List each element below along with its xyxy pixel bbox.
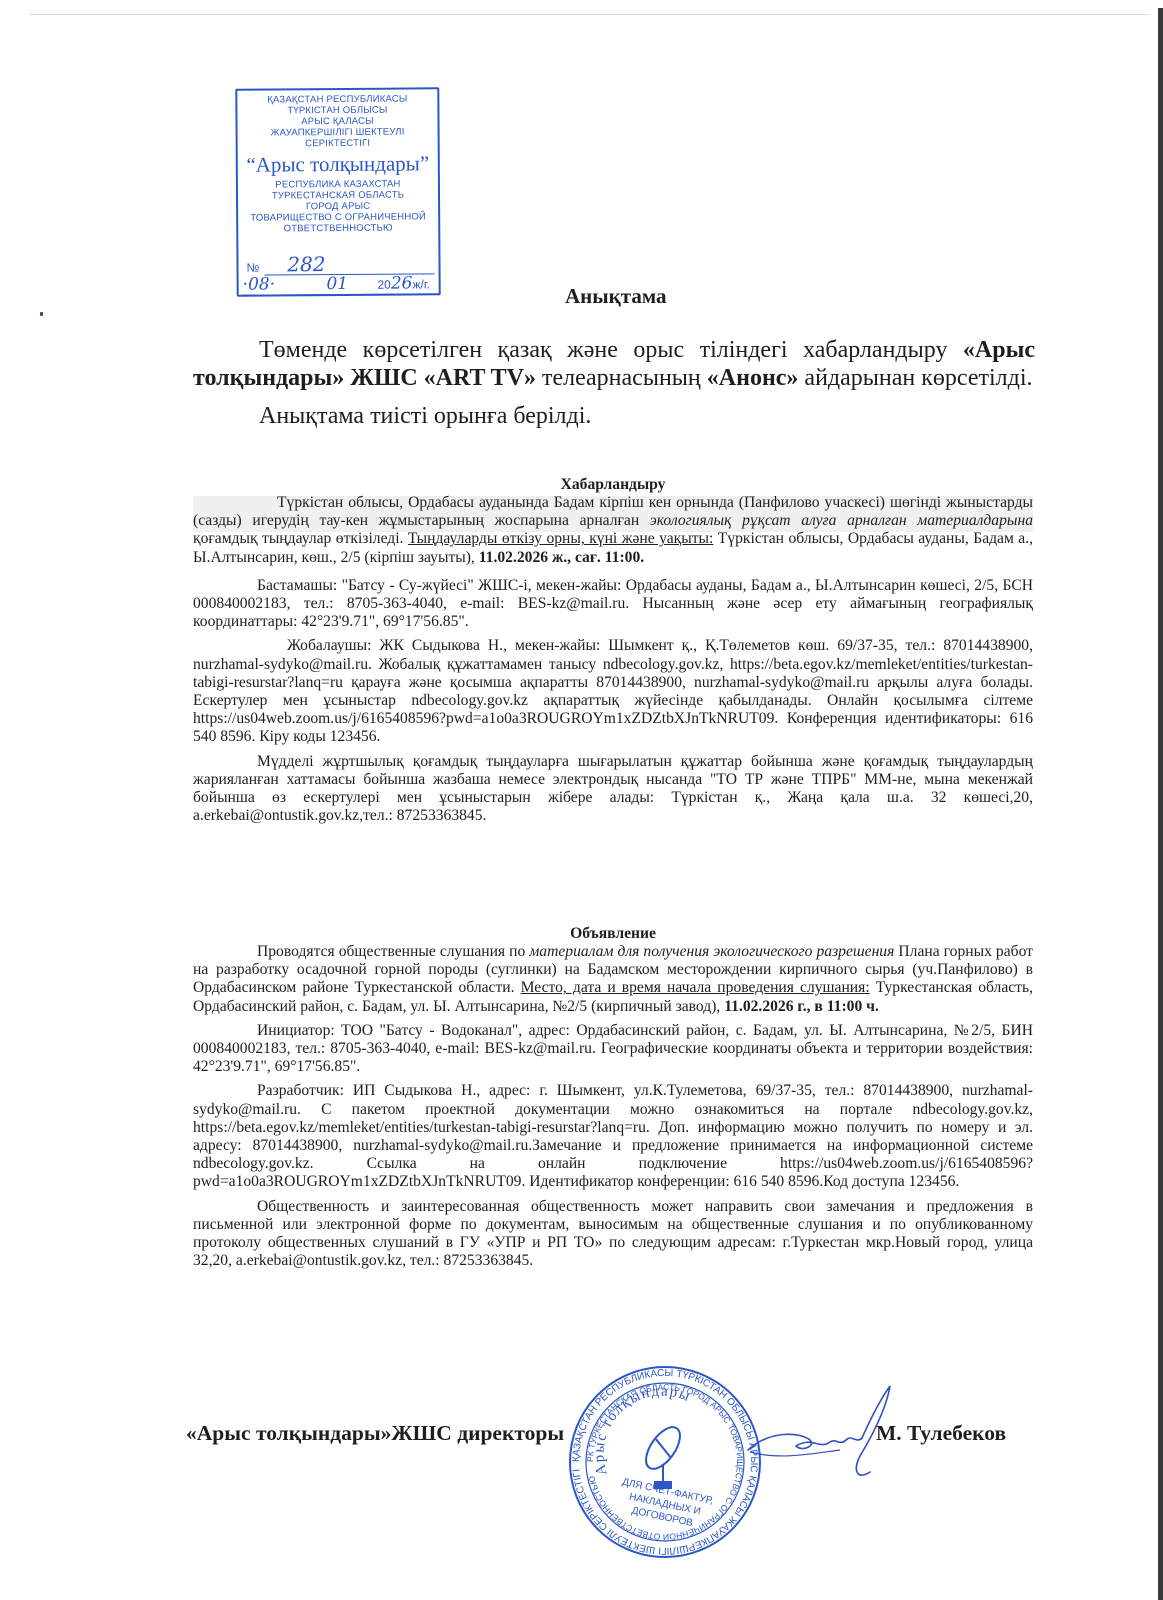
signatory-name: М. Тулебеков: [876, 1421, 1006, 1446]
document-title: Анықтама: [565, 284, 667, 309]
kz-announcement: Хабарландыру Түркістан облысы, Ордабасы …: [193, 476, 1033, 825]
scan-top-edge: [30, 14, 1150, 15]
kz-announcement-heading: Хабарландыру: [193, 476, 1033, 494]
stamp-line: ОТВЕТСТВЕННОСТЬЮ: [238, 222, 438, 234]
intro-rubric: «Анонс»: [707, 365, 799, 391]
signatory-position: «Арыс толқындары»ЖШС директоры: [186, 1421, 564, 1446]
intro-text: айдарынан көрсетілді.: [798, 365, 1032, 391]
round-seal: ҚАЗАҚСТАН РЕСПУБЛИКАСЫ ТҮРКІСТАН ОБЛЫСЫ …: [567, 1364, 763, 1560]
kz-paragraph-public: Мүдделі жұртшылық қоғамдық тыңдауларға ш…: [193, 753, 1033, 826]
scan-speck: [40, 312, 43, 316]
ru-paragraph-public: Общественность и заинтересованная общест…: [193, 1198, 1033, 1271]
intro-paragraph: Төменде көрсетілген қазақ және орыс тілі…: [193, 336, 1035, 392]
intro-paragraph-2: Анықтама тиісті орынға берілді.: [193, 402, 1035, 430]
stamp-date-year-prefix: 20: [377, 278, 390, 292]
scan-right-edge: [1158, 8, 1163, 1600]
paragraph-date-time: 11.02.2026 ж., сағ. 11:00.: [479, 549, 644, 566]
paragraph-italic: экологиялық рұқсат алуға арналған матери…: [650, 512, 1033, 529]
ru-paragraph-developer: Разработчик: ИП Сыдыкова Н., адрес: г. Ш…: [193, 1082, 1033, 1191]
paragraph-underlined: Тыңдауларды өткізу орны, күні және уақыт…: [408, 530, 713, 547]
ru-paragraph-1: Проводятся общественные слушания по мате…: [193, 943, 1033, 1016]
satellite-dish-icon: [639, 1421, 686, 1488]
stamp-date-month: 01: [326, 274, 348, 294]
paragraph-text: қоғамдық тыңдаулар өткізіледі.: [193, 530, 408, 547]
stamp-number-label: №: [246, 261, 259, 275]
intro-text: Төменде көрсетілген қазақ және орыс тілі…: [259, 337, 963, 363]
registration-stamp: ҚАЗАҚСТАН РЕСПУБЛИКАСЫ ТҮРКІСТАН ОБЛЫСЫ …: [235, 87, 440, 296]
kz-paragraph-developer: Жобалаушы: ЖК Сыдыкова Н., мекен-жайы: Ш…: [193, 637, 1033, 746]
ru-announcement-heading: Объявление: [193, 925, 1033, 943]
stamp-line: ҚАЗАҚСТАН РЕСПУБЛИКАСЫ: [237, 93, 437, 105]
ru-paragraph-initiator: Инициатор: ТОО "Батсу - Водоканал", адре…: [193, 1022, 1033, 1077]
stamp-line: СЕРІКТЕСТІГІ: [238, 137, 438, 149]
stamp-date-underline: [243, 293, 431, 295]
kz-paragraph-1: Түркістан облысы, Ордабасы ауданында Бад…: [193, 494, 1033, 567]
paragraph-italic: материалам для получения экологического …: [529, 943, 894, 960]
kz-paragraph-initiator: Бастамашы: "Батсу - Су-жүйесі" ЖШС-і, ме…: [193, 577, 1033, 632]
intro-section: Төменде көрсетілген қазақ және орыс тілі…: [193, 336, 1035, 430]
stamp-date-day: ·08·: [243, 274, 276, 294]
paragraph-underlined: Место, дата и время начала проведения сл…: [521, 979, 870, 996]
stamp-number-value: 282: [287, 252, 325, 276]
stamp-date-unit: ж/г.: [412, 277, 430, 291]
intro-text: телеарнасының: [536, 365, 707, 391]
paragraph-text: Проводятся общественные слушания по: [257, 943, 529, 960]
stamp-date-year-suffix: 26: [391, 273, 413, 293]
ru-announcement: Объявление Проводятся общественные слуша…: [193, 925, 1033, 1270]
stamp-company-name: “Арыс толқындары”: [238, 150, 438, 177]
stamp-date-row: ·08· 01 2026ж/г.: [243, 273, 435, 294]
stamp-line: ТОВАРИЩЕСТВО С ОГРАНИЧЕННОЙ: [238, 211, 438, 223]
paragraph-date-time: 11.02.2026 г., в 11:00 ч.: [724, 998, 879, 1015]
